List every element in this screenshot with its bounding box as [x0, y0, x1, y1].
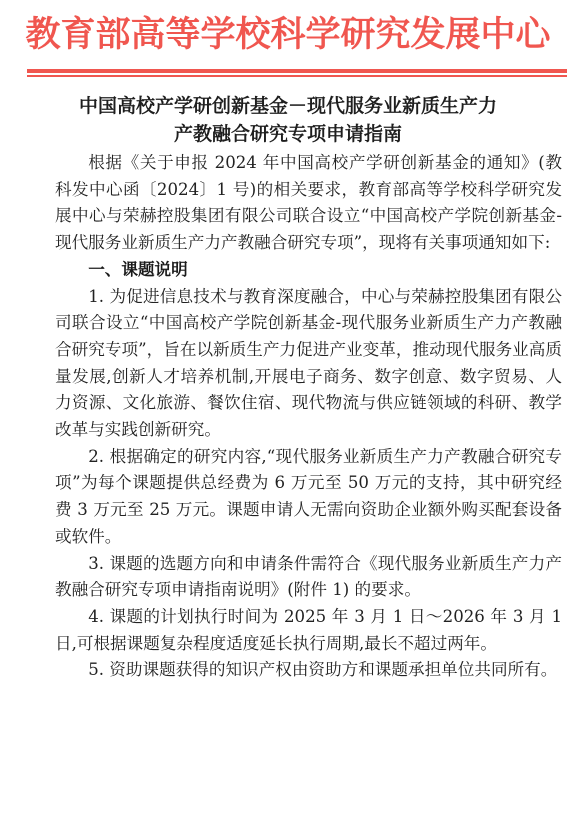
- section-heading-project-description: 一、课题说明: [55, 257, 562, 284]
- document-title-line-2: 产教融合研究专项申请指南: [0, 120, 576, 148]
- list-item: 4. 课题的计划执行时间为 2025 年 3 月 1 日～2026 年 3 月 …: [55, 604, 562, 657]
- intro-paragraph: 根据《关于申报 2024 年中国高校产学研创新基金的通知》(教科发中心函〔202…: [55, 150, 562, 257]
- masthead-rule-thin: [27, 75, 567, 77]
- list-item: 5. 资助课题获得的知识产权由资助方和课题承担单位共同所有。: [55, 657, 562, 684]
- list-item: 3. 课题的选题方向和申请条件需符合《现代服务业新质生产力产教融合研究专项申请指…: [55, 551, 562, 604]
- masthead-rule-thick: [27, 69, 567, 73]
- list-item: 1. 为促进信息技术与教育深度融合，中心与荣赫控股集团有限公司联合设立“中国高校…: [55, 284, 562, 444]
- masthead-title: 教育部高等学校科学研究发展中心: [0, 12, 576, 58]
- list-item: 2. 根据确定的研究内容,“现代服务业新质生产力产教融合研究专项”为每个课题提供…: [55, 444, 562, 551]
- document-body: 根据《关于申报 2024 年中国高校产学研创新基金的通知》(教科发中心函〔202…: [55, 150, 562, 684]
- document-title-line-1: 中国高校产学研创新基金－现代服务业新质生产力: [0, 92, 576, 120]
